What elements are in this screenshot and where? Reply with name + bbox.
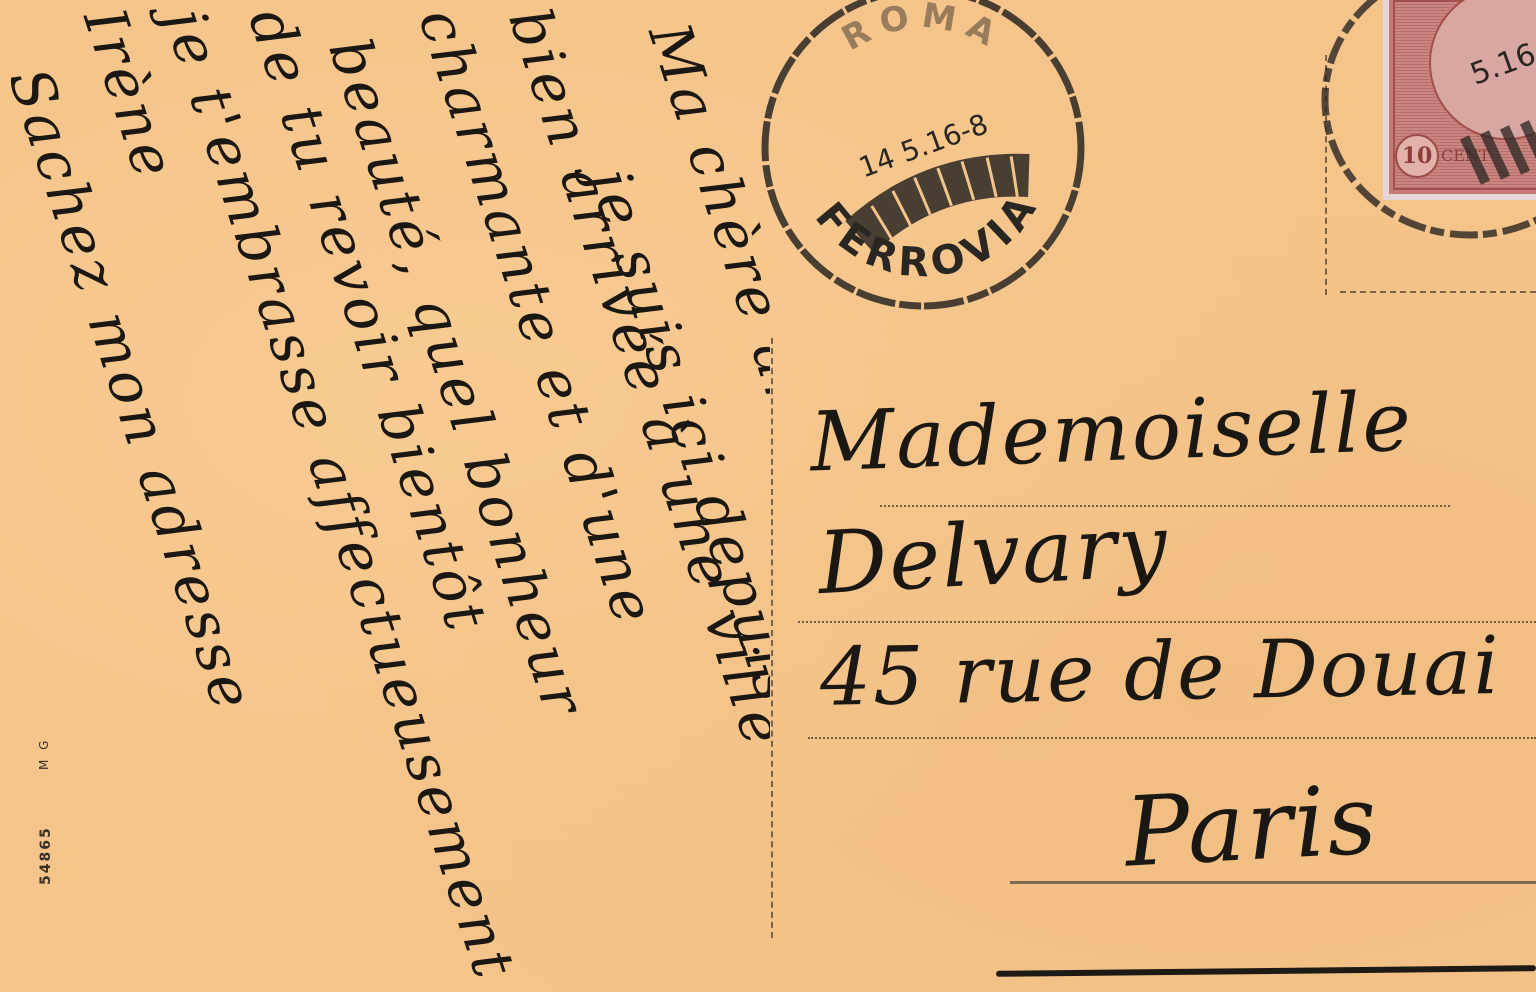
address-recipient-name: Delvary	[816, 496, 1172, 614]
postmark-city: ROMA	[835, 0, 1011, 59]
stamp-box-border	[1340, 291, 1536, 293]
address-recipient-title: Mademoiselle	[809, 375, 1415, 491]
address-street: 45 rue de Douai	[819, 619, 1501, 724]
stamp-box-border	[1325, 55, 1327, 295]
card-number: 54865	[38, 826, 54, 885]
message-area: Ma chère amie je suis ici depuis bien ar…	[0, 0, 770, 992]
postmark-icon: ROMA 14 5.16-8 FERROVIA	[755, 0, 1091, 316]
address-line	[808, 737, 1536, 739]
stamp-denomination: 10	[1395, 134, 1439, 178]
vertical-divider	[771, 338, 773, 938]
address-city: Paris	[1122, 763, 1381, 888]
message-line: ...	[0, 300, 11, 385]
ink-underline	[996, 965, 1536, 977]
postcard: Ma chère amie je suis ici depuis bien ar…	[0, 0, 1536, 992]
stamp-currency: CENT	[1441, 146, 1490, 165]
svg-text:ROMA: ROMA	[835, 0, 1011, 59]
postmark: ROMA 14 5.16-8 FERROVIA	[755, 0, 1091, 316]
publisher-mark: M G	[37, 738, 51, 770]
address-line	[1010, 881, 1536, 884]
postage-stamp: 10 CENT	[1383, 0, 1536, 200]
